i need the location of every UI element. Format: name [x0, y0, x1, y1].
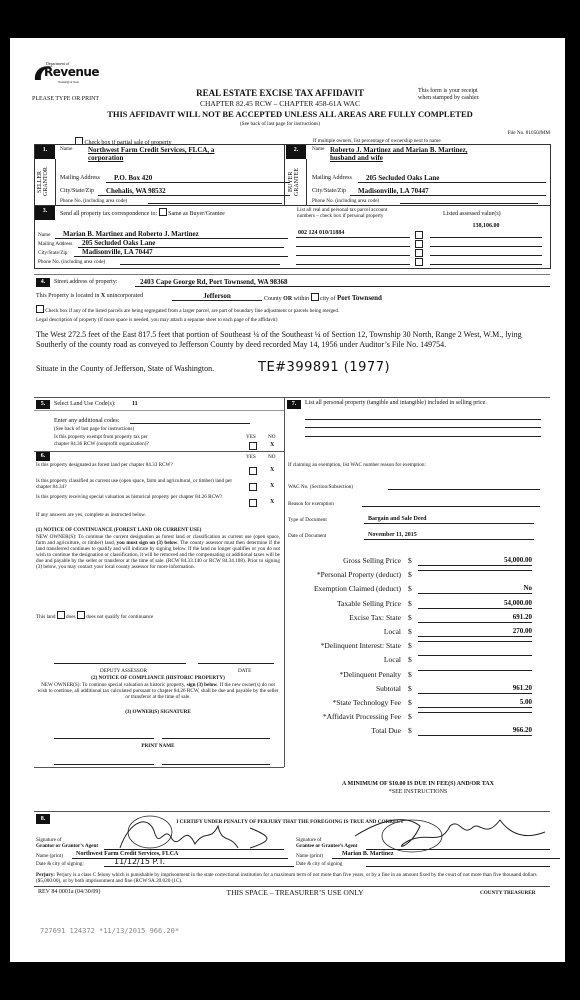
additional-codes-label: Enter any additional codes: — [54, 418, 119, 425]
legal-description-text[interactable]: The West 272.5 feet of the East 817.5 fe… — [36, 330, 536, 350]
s6-no-mark[interactable]: X — [270, 467, 274, 474]
corr-phone-label: Phone No. (including area code) — [38, 259, 105, 265]
section-6-number: 6. — [36, 452, 50, 461]
currency-sign: $ — [408, 726, 412, 735]
currency-sign: $ — [408, 712, 412, 721]
grantor-signature-scribble-icon — [110, 814, 280, 854]
corr-city-field[interactable]: Madisonville, LA 70447 — [74, 248, 288, 257]
land-use-see-back: (See back of last page for instructions) — [54, 426, 134, 432]
print-name-label: PRINT NAME — [36, 743, 280, 749]
corr-name-label: Name — [38, 232, 50, 238]
reason-label: Reason for exemption — [288, 501, 334, 507]
section-4-number: 4. — [36, 278, 50, 287]
s6-yes-checkbox[interactable] — [249, 467, 257, 475]
grantee-name-field[interactable]: Marian B. Martinez — [332, 851, 560, 859]
buyer-phone-field[interactable] — [400, 197, 538, 204]
section-1-number: 1. — [35, 145, 55, 159]
deputy-assessor-line[interactable] — [54, 663, 186, 664]
amount-value-field[interactable]: 270.00 — [418, 627, 532, 637]
s6-no-mark[interactable]: X — [270, 499, 274, 506]
personal-property-line-2[interactable] — [305, 427, 541, 428]
section-6-question: Is this property receiving special valua… — [36, 494, 236, 500]
please-type-text: PLEASE TYPE OR PRINT — [32, 96, 99, 103]
if-yes-text: If any answers are yes, complete as inst… — [36, 512, 146, 518]
reason-field[interactable] — [362, 506, 540, 507]
grantee-date-field[interactable] — [366, 866, 550, 867]
personal-property-label: List all personal property (tangible and… — [305, 400, 535, 407]
owner-signature-line-2[interactable] — [162, 738, 270, 739]
receipt-line2: when stamped by cashier. — [418, 95, 480, 102]
notice-continuance-title: (1) NOTICE OF CONTINUANCE (FOREST LAND O… — [36, 527, 201, 533]
within-city-checkbox[interactable] — [311, 293, 319, 301]
section-6-question: Is this property designated as forest la… — [36, 462, 236, 468]
owner-signature-label: (3) OWNER(S) SIGNATURE — [36, 709, 280, 715]
notice-compliance-title: (2) NOTICE OF COMPLIANCE (HISTORIC PROPE… — [36, 675, 280, 681]
doc-type-label: Type of Document — [288, 517, 327, 523]
s6-no-header: NO — [268, 454, 276, 460]
exempt-no-mark[interactable]: X — [270, 442, 274, 449]
seller-city-label: City/State/Zip — [60, 188, 94, 195]
amount-value-field[interactable]: 961.20 — [418, 684, 532, 694]
additional-codes-field[interactable] — [130, 417, 250, 424]
amount-value-field[interactable] — [418, 670, 532, 671]
notice-compliance-text: NEW OWNER(S): To continue special valuat… — [36, 682, 280, 700]
revenue-logo: Department of Revenue Washington State — [32, 60, 92, 90]
section-8-number: 8. — [36, 814, 50, 824]
form-revision: REV 84 0001a (04/30/09) — [38, 889, 100, 896]
buyer-phone-label: Phone No. (including area code) — [312, 198, 379, 204]
amount-label: *Personal Property (deduct) — [286, 570, 401, 579]
buyer-address-field[interactable]: 205 Secluded Oaks Lane — [358, 174, 546, 183]
grantee-name-label: Name (print) — [296, 853, 323, 859]
doc-date-field[interactable]: November 11, 2015 — [364, 532, 534, 540]
seller-phone-label: Phone No. (including area code) — [60, 198, 127, 204]
assessed-value-field[interactable]: 138,106.00 — [430, 223, 542, 230]
parcel-number-field[interactable]: 002 124 010/11884 — [296, 230, 410, 238]
doc-date-label: Date of Document — [288, 533, 326, 539]
amount-label: Total Due — [286, 726, 401, 735]
seller-phone-field[interactable] — [148, 197, 282, 204]
amount-value-field[interactable]: 54,000.00 — [418, 556, 532, 566]
parcel-number-field[interactable] — [296, 257, 410, 265]
property-location-row: This Property is located in X unincorpor… — [36, 293, 143, 300]
deputy-assessor-label: DEPUTY ASSESSOR — [100, 668, 147, 674]
currency-sign: $ — [408, 570, 412, 579]
county-treasurer-label: COUNTY TREASURER — [480, 890, 536, 896]
receipt-line1: This form is your receipt — [418, 88, 478, 95]
affidavit-page: Department of Revenue Washington State P… — [10, 38, 565, 962]
currency-sign: $ — [408, 584, 412, 593]
perjury-notice: Perjury: Perjury is a class C felony whi… — [36, 872, 550, 884]
amount-value-field[interactable] — [418, 570, 532, 571]
yes-header: YES — [246, 434, 256, 440]
exempt-yes-checkbox[interactable] — [249, 442, 257, 450]
grantor-date-field[interactable]: 11/12/15 P.T. — [104, 857, 294, 867]
parcel-header-line2: numbers – check box if personal property — [297, 213, 383, 219]
form-chapter: CHAPTER 82.45 RCW – CHAPTER 458-61A WAC — [160, 99, 400, 108]
exempt-question-line2: chapter 84.36 RCW (nonprofit organizatio… — [54, 441, 149, 447]
amount-value-field[interactable] — [418, 641, 532, 642]
same-as-buyer-checkbox[interactable] — [159, 208, 167, 216]
parcel-number-field[interactable] — [296, 248, 410, 256]
see-back-text: (See back of last page for instructions) — [160, 121, 400, 127]
corr-address-label: Mailing Address — [38, 241, 72, 247]
s6-yes-header: YES — [246, 454, 256, 460]
personal-property-checkbox[interactable] — [415, 240, 423, 248]
buyer-name-label: Name — [312, 146, 324, 152]
currency-sign: $ — [408, 599, 412, 608]
does-not-qualify-checkbox[interactable] — [77, 611, 85, 619]
buyer-name-line1[interactable]: Roberto J. Martinez and Marian B. Martin… — [330, 146, 467, 154]
tax-correspondence-row: Send all property tax correspondence to:… — [60, 208, 225, 218]
currency-sign: $ — [408, 556, 412, 565]
s6-no-mark[interactable]: X — [270, 483, 274, 490]
form-warning: THIS AFFIDAVIT WILL NOT BE ACCEPTED UNLE… — [50, 109, 530, 119]
situate-text: Situate in the County of Jefferson, Stat… — [36, 364, 214, 373]
no-header: NO — [268, 434, 276, 440]
personal-property-checkbox[interactable] — [415, 231, 423, 239]
assessed-value-field[interactable] — [430, 257, 542, 265]
s6-yes-checkbox[interactable] — [249, 499, 257, 507]
print-name-line-2[interactable] — [162, 764, 270, 765]
land-use-label: Select Land Use Code(s): — [54, 401, 115, 408]
does-qualify-checkbox[interactable] — [57, 611, 65, 619]
assessor-date-label: DATE — [238, 668, 251, 674]
unincorporated-mark[interactable]: X — [101, 293, 105, 299]
county-field[interactable]: Jefferson — [172, 292, 262, 301]
grantee-date-label: Date & city of signing — [296, 861, 342, 867]
file-number: File No. 81050JMM — [430, 130, 550, 136]
amount-value-field[interactable]: 54,000.00 — [418, 599, 532, 609]
form-title: REAL ESTATE EXCISE TAX AFFIDAVIT — [160, 88, 400, 98]
amount-label: Taxable Selling Price — [286, 599, 401, 608]
city-option-row: County OR within city of Port Townsend — [264, 293, 382, 303]
assessed-value-header: Listed assessed value(s) — [443, 211, 501, 218]
land-use-code[interactable]: 11 — [132, 401, 138, 408]
seller-address-field[interactable]: P.O. Box 420 — [106, 174, 290, 183]
qualify-row: This land does does not qualify for cont… — [36, 611, 153, 620]
buyer-address-label: Mailing Address — [312, 175, 352, 182]
cashier-stamp: 727691 124372 *11/13/2015 966.20* — [40, 927, 179, 935]
section-6-question: Is this property classified as current u… — [36, 478, 236, 490]
exempt-question-line1: Is this property exempt from property ta… — [54, 434, 148, 440]
amount-label: *Affidavit Processing Fee — [286, 712, 401, 721]
currency-sign: $ — [408, 670, 412, 679]
parcel-number-field[interactable] — [296, 239, 410, 247]
see-instructions-note: *SEE INSTRUCTIONS — [286, 789, 550, 796]
handwritten-note: TE#399891 (1977) — [258, 360, 390, 375]
assessed-value-field[interactable] — [430, 248, 542, 256]
amount-value-field[interactable] — [418, 712, 532, 713]
corr-city-label: City/State/Zip — [38, 250, 67, 256]
amount-label: Exemption Claimed (deduct) — [286, 584, 401, 593]
grantor-date-label: Date & city of signing: — [36, 861, 84, 867]
grantor-sig-label-2: Grantor or Grantor’s Agent — [36, 843, 98, 849]
s6-yes-checkbox[interactable] — [249, 483, 257, 491]
amount-label: Excise Tax: State — [286, 613, 401, 622]
section-2-number: 2. — [286, 145, 306, 159]
minimum-due-note: A MINIMUM OF $10.00 IS DUE IN FEE(S) AND… — [286, 781, 550, 788]
amount-label: *Delinquent Interest: State — [286, 641, 401, 650]
amount-label: Local — [286, 655, 401, 664]
buyer-city-field[interactable]: Madisonville, LA 70447 — [350, 187, 546, 196]
city-value[interactable]: Port Townsend — [337, 294, 382, 302]
exemption-label: If claiming an exemption, list WAC numbe… — [288, 462, 426, 468]
street-address-label: Street address of property: — [54, 279, 117, 286]
amount-label: Gross Selling Price — [286, 556, 401, 565]
personal-property-checkbox[interactable] — [415, 249, 423, 257]
doc-type-field[interactable]: Bargain and Sale Deed — [364, 516, 534, 524]
owner-signature-line-1[interactable] — [54, 738, 154, 739]
currency-sign: $ — [408, 627, 412, 636]
logo-main-text: Revenue — [44, 66, 99, 78]
segregated-checkbox[interactable] — [36, 305, 44, 313]
amount-label: Local — [286, 627, 401, 636]
amount-value-field[interactable]: 966.20 — [418, 726, 532, 736]
wac-label: WAC No. (Section/Subsection) — [288, 484, 353, 490]
amount-label: *State Technology Fee — [286, 698, 401, 707]
section-3-number: 3. — [35, 206, 55, 220]
assessed-value-field[interactable] — [430, 239, 542, 247]
seller-grantor-label: SELLER GRANTOR — [37, 161, 53, 203]
seller-name-line2[interactable]: corporation — [88, 154, 123, 162]
currency-sign: $ — [408, 641, 412, 650]
seller-name-label: Name — [60, 146, 72, 152]
seller-name-line1[interactable]: Northwest Farm Credit Services, FLCA, a — [88, 146, 214, 154]
currency-sign: $ — [408, 684, 412, 693]
amount-value-field[interactable]: 5.00 — [418, 698, 532, 708]
seller-address-label: Mailing Address — [60, 175, 100, 182]
logo-sub-text: Washington State — [58, 79, 79, 85]
corr-name-field[interactable]: Marian B. Martinez and Roberto J. Martin… — [55, 230, 288, 239]
corr-phone-field[interactable] — [120, 258, 280, 265]
currency-sign: $ — [408, 698, 412, 707]
amount-value-field[interactable] — [418, 655, 532, 656]
section-5-number: 5. — [36, 400, 50, 409]
print-name-line-1[interactable] — [54, 764, 154, 765]
amount-value-field[interactable]: 691.20 — [418, 613, 532, 623]
amount-value-field[interactable]: No — [418, 584, 532, 594]
currency-sign: $ — [408, 613, 412, 622]
buyer-name-line2[interactable]: husband and wife — [330, 154, 383, 162]
assessor-date-line[interactable] — [198, 663, 274, 664]
grantor-name-label: Name (print) — [36, 853, 63, 859]
street-address-field[interactable]: 2403 Cape George Rd, Port Townsend, WA 9… — [135, 278, 550, 287]
personal-property-line-3[interactable] — [305, 436, 541, 437]
segregated-row: Check box if any of the listed parcels a… — [36, 305, 339, 314]
personal-property-line-1[interactable] — [305, 419, 541, 420]
currency-sign: $ — [408, 655, 412, 664]
corr-address-field[interactable]: 205 Secluded Oaks Lane — [78, 239, 284, 248]
grantee-signature-scribble-icon — [350, 810, 550, 856]
legal-description-label: Legal description of property (if more s… — [36, 317, 277, 323]
personal-property-checkbox[interactable] — [415, 258, 423, 266]
seller-city-field[interactable]: Chehalis, WA 98532 — [98, 187, 290, 196]
wac-field[interactable] — [388, 489, 540, 490]
buyer-city-label: City/State/Zip — [312, 188, 346, 195]
section-7-number: 7. — [287, 400, 301, 409]
grantee-sig-label-2: Grantee or Grantee’s Agent — [296, 843, 358, 849]
treasurer-use-only: THIS SPACE – TREASURER’S USE ONLY — [180, 888, 410, 897]
amount-label: *Delinquent Penalty — [286, 670, 401, 679]
amount-label: Subtotal — [286, 684, 401, 693]
notice-continuance-text: NEW OWNER(S): To continue the current de… — [36, 534, 280, 570]
buyer-grantee-label: BUYER GRANTEE — [288, 161, 304, 203]
